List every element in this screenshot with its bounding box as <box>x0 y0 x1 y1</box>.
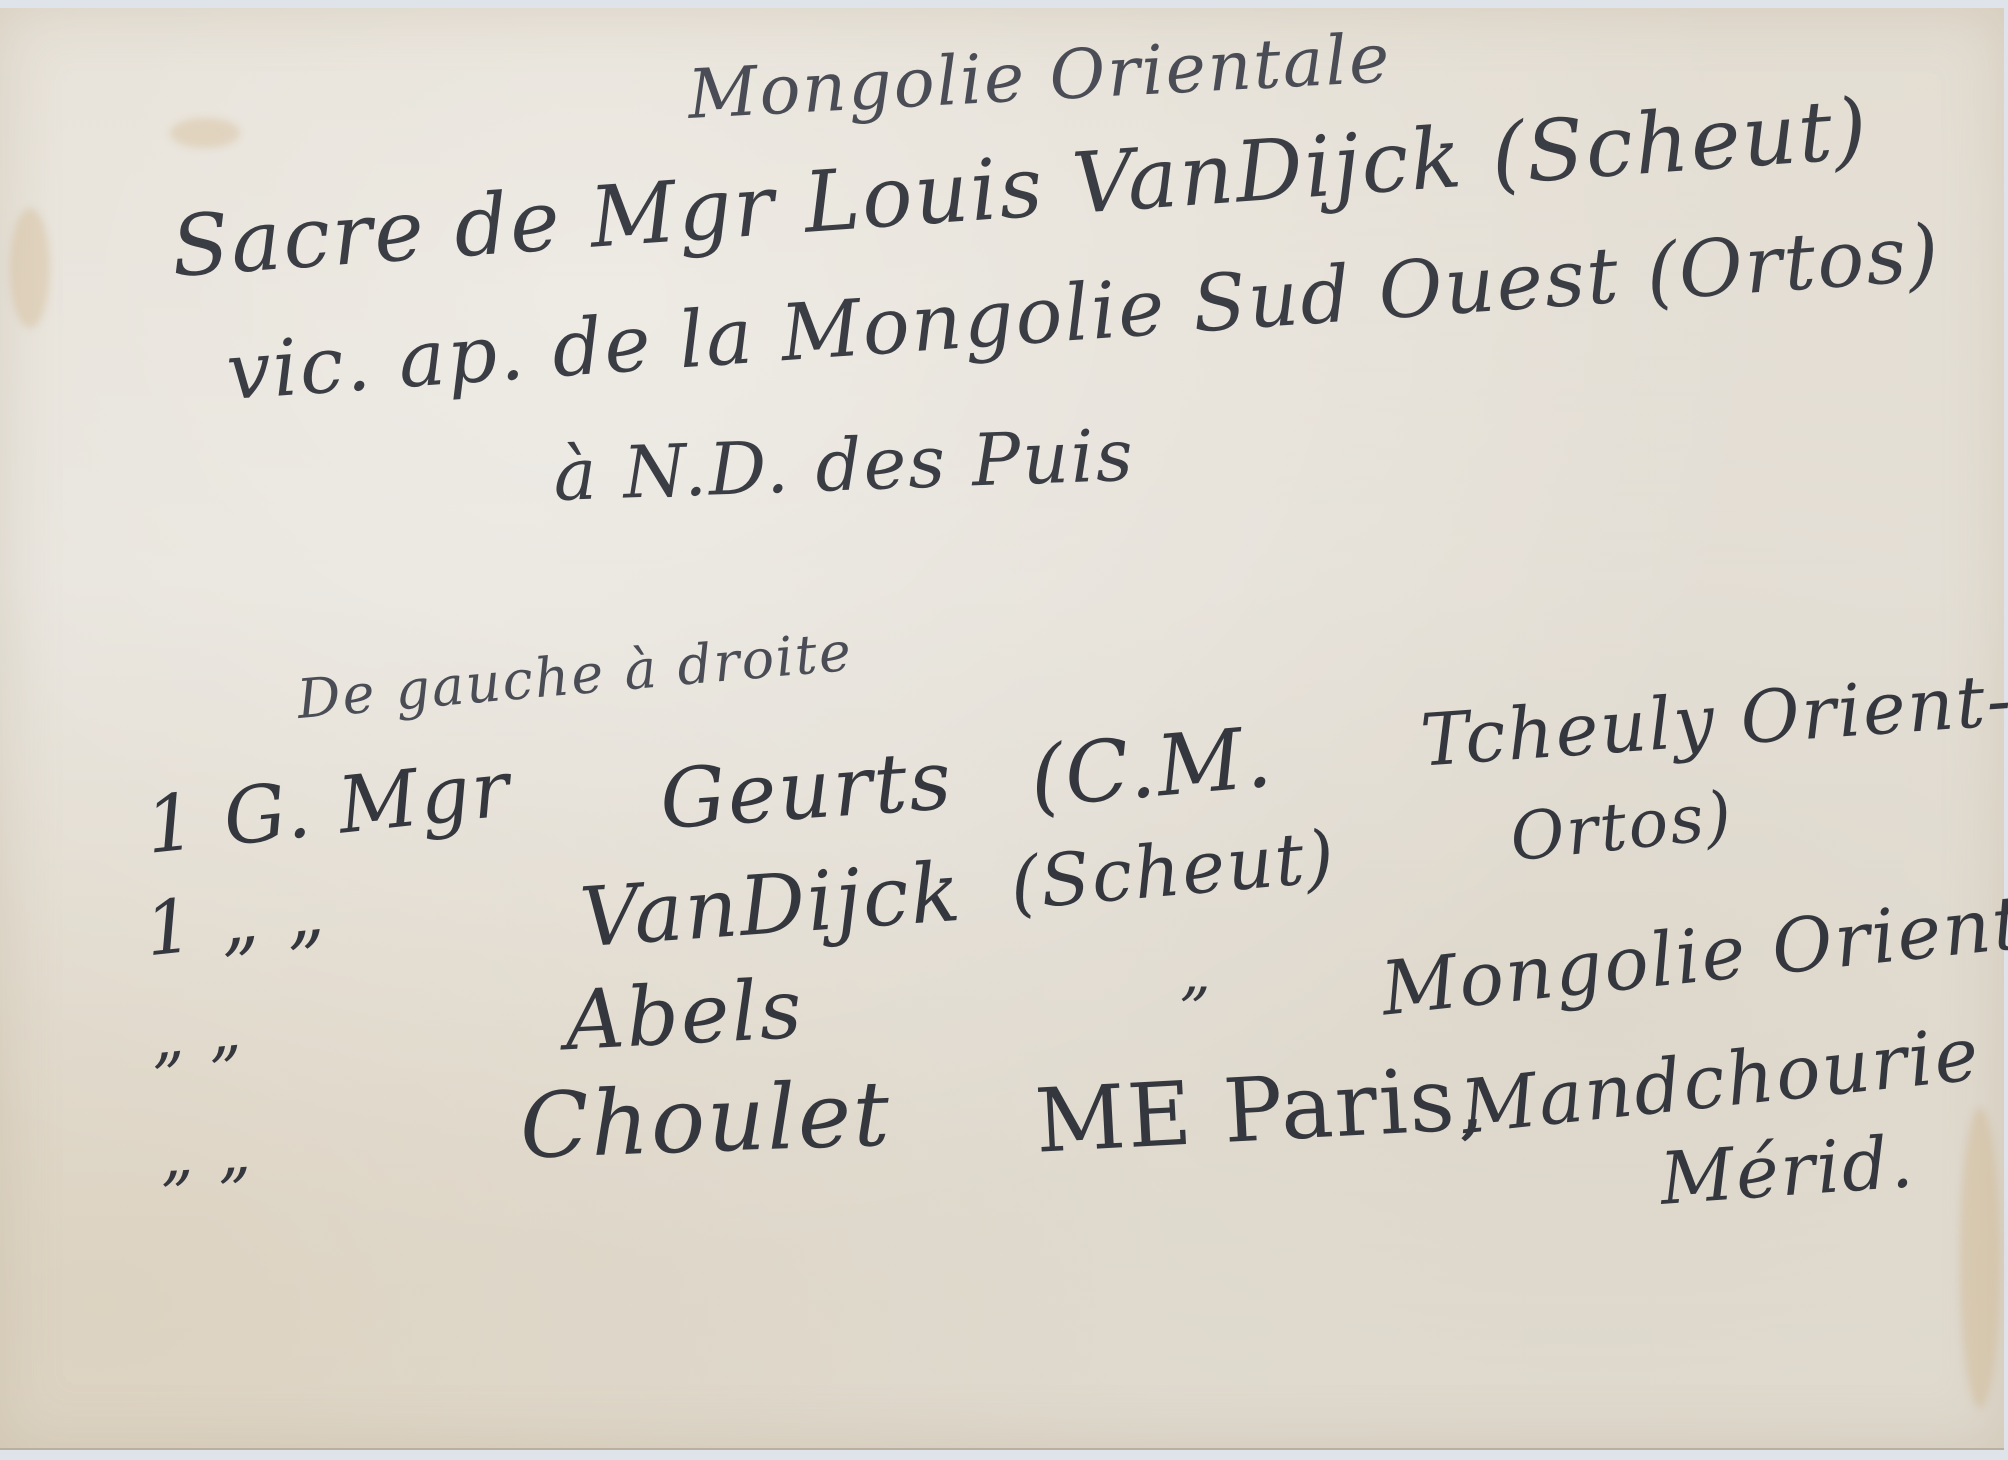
list-row-name: VanDijck <box>577 845 965 966</box>
list-row-name: Choulet <box>518 1062 893 1180</box>
list-row-place: Ortos) <box>1507 777 1737 877</box>
list-row-prefix: 1 „ „ <box>141 869 330 973</box>
list-row-prefix: „ „ <box>146 993 246 1076</box>
list-intro: De gauche à droite <box>295 620 856 731</box>
list-row-order: (Scheut) <box>1007 814 1339 926</box>
list-row-place-continued: Mérid. <box>1657 1119 1917 1221</box>
paper-stain <box>170 118 240 148</box>
list-row-name: Geurts <box>657 733 956 848</box>
paper-sheet: Mongolie Orientale Sacre de Mgr Louis Va… <box>0 8 2004 1450</box>
list-row-prefix: „ „ <box>158 1116 254 1195</box>
list-row-order: ME Paris, <box>1033 1046 1489 1172</box>
paper-stain <box>10 208 50 328</box>
list-row-prefix: 1 G. Mgr <box>141 744 515 872</box>
list-row-name: Abels <box>563 962 806 1069</box>
list-row-order: „ <box>1180 938 1213 1008</box>
location-line: à N.D. des Puis <box>552 413 1136 517</box>
list-row-place: Mongolie Orient <box>1377 880 2008 1033</box>
document-title: Mongolie Orientale <box>686 19 1393 135</box>
list-row-place: Tcheuly Orient- <box>1418 657 2008 782</box>
list-row-order: (C.M. <box>1026 708 1277 827</box>
paper-stain <box>1960 1108 2000 1408</box>
